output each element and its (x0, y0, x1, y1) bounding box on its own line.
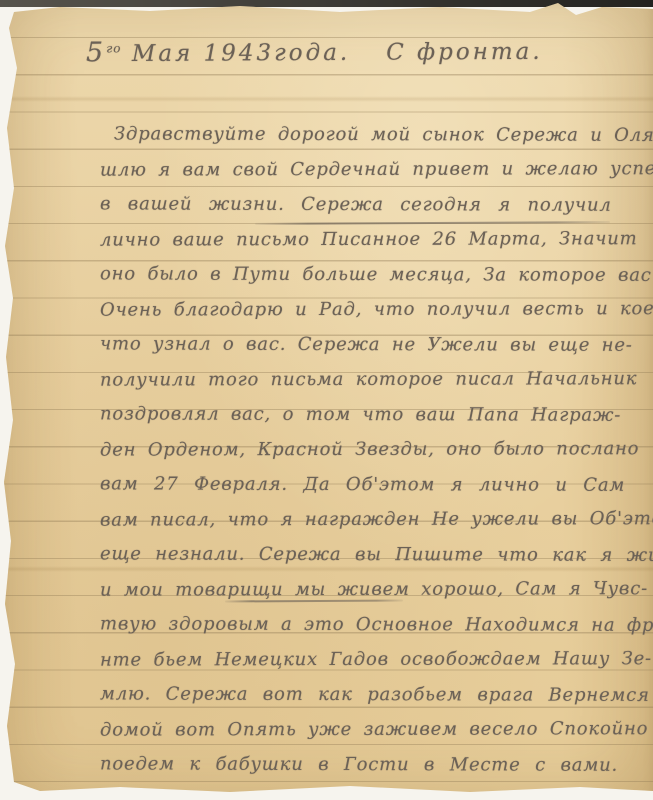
letter-line: млю. Сережа вот как разобьем врага Верне… (0, 679, 653, 716)
letter-line: шлю я вам свой Сердечнай привет и желаю … (0, 154, 653, 191)
letter-line: вам 27 Февраля. Да Об'этом я лично и Сам (0, 469, 653, 506)
letter-line: домой вот Опять уже заживем весело Споко… (0, 714, 653, 751)
heading-origin: С фронта. (386, 39, 543, 66)
letter-line: и мои товарищи мы живем хорошо, Сам я Чу… (0, 574, 653, 611)
letter-line: оно было в Пути больше месяца, За которо… (0, 259, 653, 296)
letter-line: нте бьем Немецких Гадов освобождаем Нашу… (0, 644, 653, 681)
letter-line: получили того письма которое писал Начал… (0, 364, 653, 401)
heading-day: 5 (86, 37, 106, 68)
heading-date: Мая 1943года. (121, 40, 350, 67)
letter-line: твую здоровым а это Основное Находимся н… (0, 609, 653, 646)
letter-line: Здравствуйте дорогой мой сынок Сережа и … (0, 119, 653, 156)
letter-line: поедем к бабушки в Гости в Месте с вами. (0, 749, 653, 786)
letter-body: Здравствуйте дорогой мой сынок Сережа и … (0, 120, 653, 785)
heading-day-suffix: го (106, 41, 121, 55)
letter-line: лично ваше письмо Писанное 26 Марта, Зна… (0, 224, 653, 261)
letter-line: что узнал о вас. Сережа не Ужели вы еще … (0, 329, 653, 366)
letter-line: в вашей жизни. Сережа сегодня я получил (0, 189, 653, 226)
letter-line: вам писал, что я награжден Не ужели вы О… (0, 504, 653, 541)
letter-heading: 5го Мая 1943года.С фронта. (86, 35, 543, 68)
letter-line: еще незнали. Сережа вы Пишите что как я … (0, 539, 653, 576)
letter-line: ден Орденом, Красной Звезды, оно было по… (0, 434, 653, 471)
paper-crease (0, 96, 653, 102)
letter-paper: 5го Мая 1943года.С фронта. Здравствуйте … (0, 0, 653, 800)
letter-line: поздровлял вас, о том что ваш Папа Награ… (0, 399, 653, 436)
letter-line: Очень благодарю и Рад, что получил весть… (0, 294, 653, 331)
